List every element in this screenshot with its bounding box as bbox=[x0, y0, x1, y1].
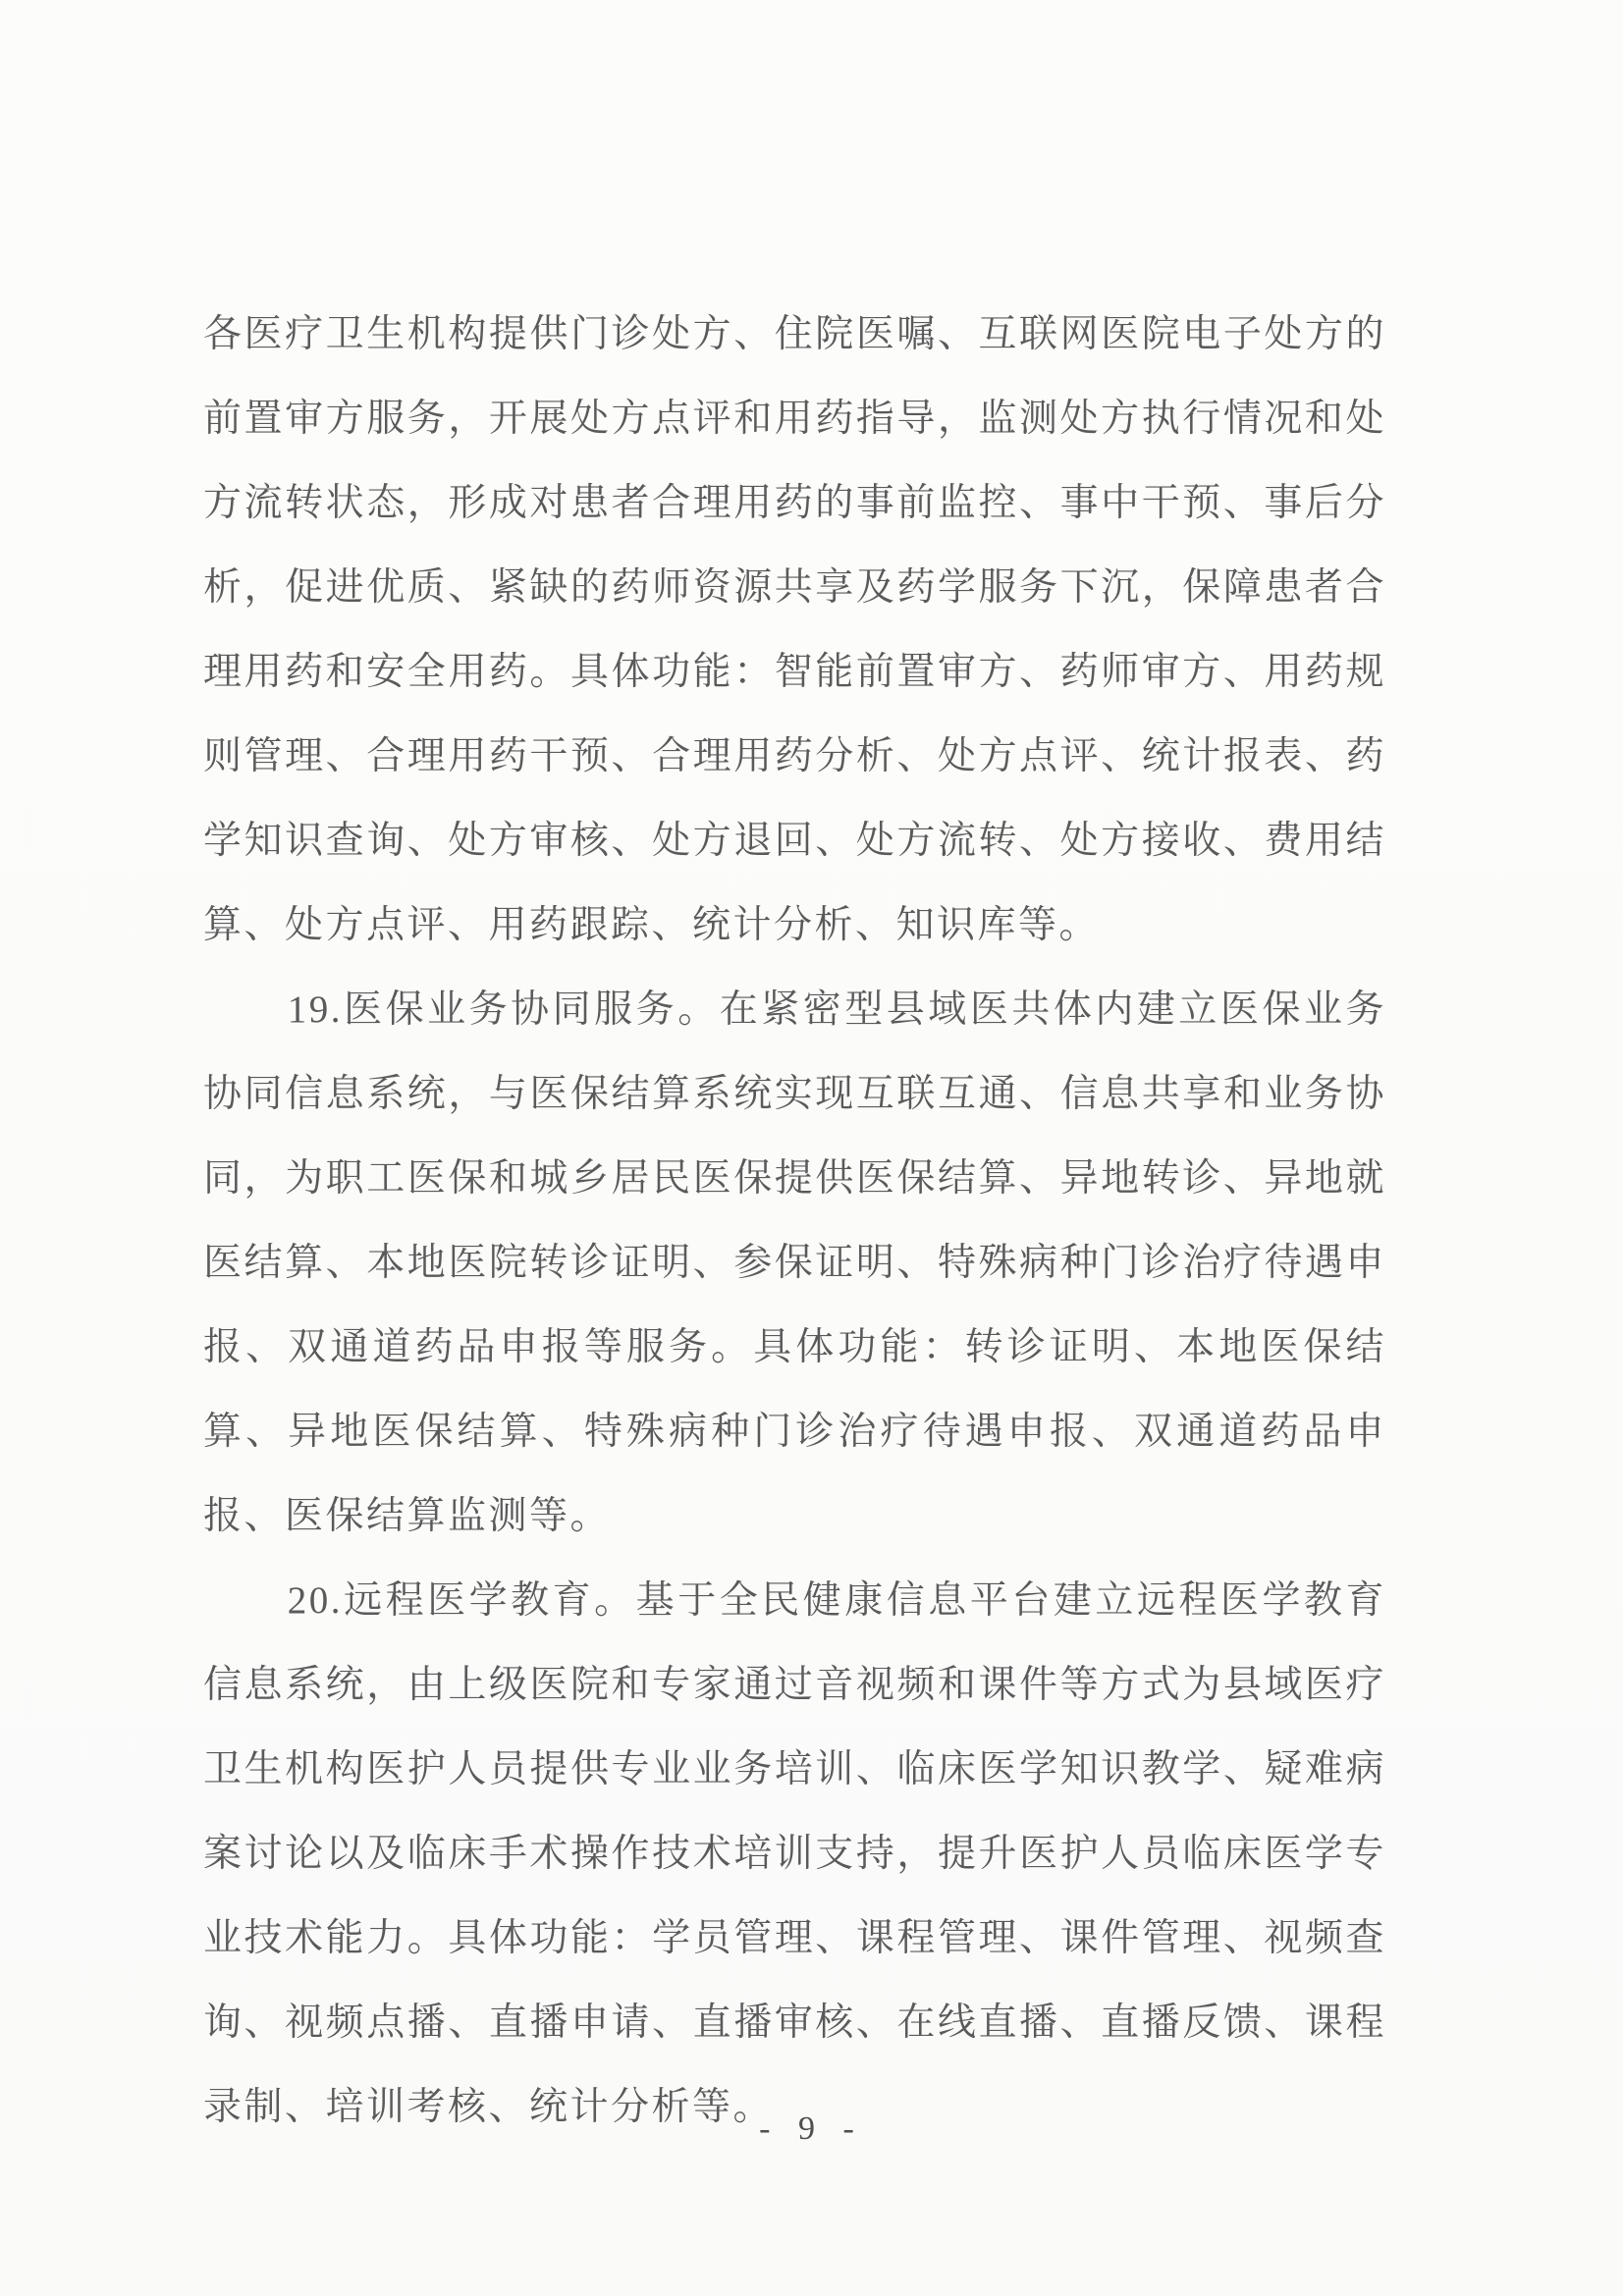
page-number: - 9 - bbox=[759, 2110, 864, 2147]
document-body: 各医疗卫生机构提供门诊处方、住院医嘱、互联网医院电子处方的前置审方服务，开展处方… bbox=[203, 293, 1386, 2150]
paragraph-continuation: 各医疗卫生机构提供门诊处方、住院医嘱、互联网医院电子处方的前置审方服务，开展处方… bbox=[203, 293, 1386, 968]
document-page: 各医疗卫生机构提供门诊处方、住院医嘱、互联网医院电子处方的前置审方服务，开展处方… bbox=[0, 0, 1623, 2296]
page-footer: - 9 - bbox=[0, 2110, 1623, 2148]
paragraph-item-20: 20.远程医学教育。基于全民健康信息平台建立远程医学教育信息系统，由上级医院和专… bbox=[203, 1559, 1386, 2150]
paragraph-item-19: 19.医保业务协同服务。在紧密型县域医共体内建立医保业务协同信息系统，与医保结算… bbox=[203, 968, 1386, 1559]
